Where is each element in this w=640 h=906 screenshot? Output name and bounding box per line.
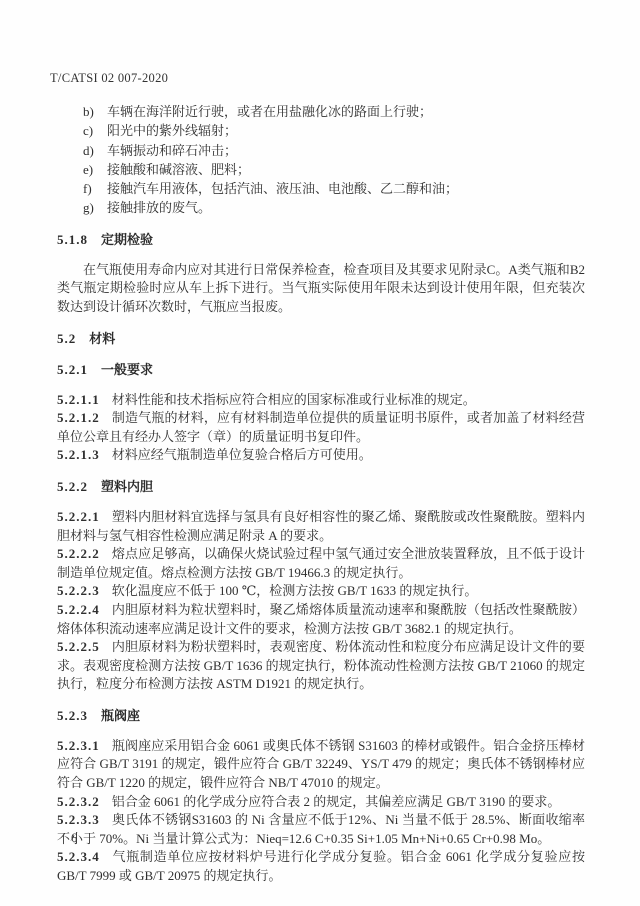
list-item-text: 车辆在海洋附近行驶，或者在用盐融化冰的路面上行驶； [107, 102, 585, 121]
heading-title: 材料 [89, 331, 115, 346]
heading-number: 5.2.3 [57, 708, 88, 723]
list-item-text: 接触酸和碱溶液、肥料； [107, 160, 585, 179]
list-item: d) 车辆振动和碎石冲击； [83, 141, 585, 160]
clause-text: 制造气瓶的材料，应有材料制造单位提供的质量证明书原件，或者加盖了材料经营单位公章… [57, 410, 585, 444]
clause-number: 5.2.2.1 [57, 509, 100, 524]
list-item-text: 接触汽车用液体，包括汽油、液压油、电池酸、乙二醇和油； [107, 179, 585, 198]
clause-text: 瓶阀座应采用铝合金 6061 或奥氏体不锈钢 S31603 的棒材或锻件。铝合金… [57, 738, 585, 790]
list-item: e) 接触酸和碱溶液、肥料； [83, 160, 585, 179]
list-item-marker: g) [83, 198, 107, 217]
page-number: 6 [71, 831, 77, 846]
clause-5-2-2-2: 5.2.2.2熔点应足够高，以确保火烧试验过程中氢气通过安全泄放装置释放，且不低… [57, 545, 585, 582]
document-page: T/CATSI 02 007-2020 b) 车辆在海洋附近行驶，或者在用盐融化… [0, 0, 640, 906]
clause-5-2-2-3: 5.2.2.3软化温度应不低于 100 ℃，检测方法按 GB/T 1633 的规… [57, 582, 585, 601]
clause-number: 5.2.2.3 [57, 583, 100, 598]
list-item-marker: d) [83, 141, 107, 160]
clause-text: 材料应经气瓶制造单位复验合格后方可使用。 [112, 447, 372, 462]
clause-5-2-1-1: 5.2.1.1材料性能和技术指标应符合相应的国家标准或行业标准的规定。 [57, 391, 585, 410]
list-item-marker: c) [83, 121, 107, 140]
heading-5-2-2: 5.2.2塑料内胆 [57, 478, 585, 496]
list-item-text: 阳光中的紫外线辐射； [107, 121, 585, 140]
list-item: f) 接触汽车用液体，包括汽油、液压油、电池酸、乙二醇和油； [83, 179, 585, 198]
clause-number: 5.2.2.2 [57, 546, 100, 561]
list-item-marker: e) [83, 160, 107, 179]
clause-number: 5.2.2.4 [57, 602, 100, 617]
heading-number: 5.2.1 [57, 362, 88, 377]
heading-title: 一般要求 [101, 362, 153, 377]
heading-title: 塑料内胆 [101, 479, 153, 494]
clause-number: 5.2.3.1 [57, 738, 100, 753]
clause-5-2-2-1: 5.2.2.1塑料内胆材料宜选择与氢具有良好相容性的聚乙烯、聚酰胺或改性聚酰胺。… [57, 508, 585, 545]
clause-text: 奥氏体不锈钢S31603 的 Ni 含量应不低于12%、Ni 当量不低于 28.… [57, 812, 585, 846]
heading-title: 瓶阀座 [101, 708, 140, 723]
clause-number: 5.2.3.2 [57, 794, 100, 809]
clause-text: 软化温度应不低于 100 ℃，检测方法按 GB/T 1633 的规定执行。 [112, 583, 478, 598]
clause-5-2-2-5: 5.2.2.5内胆原材料为粉状塑料时，表观密度、粉体流动性和粒度分布应满足设计文… [57, 638, 585, 694]
doc-code: T/CATSI 02 007-2020 [50, 71, 168, 86]
heading-number: 5.2 [57, 331, 76, 346]
list-item-marker: f) [83, 179, 107, 198]
page-content: b) 车辆在海洋附近行驶，或者在用盐融化冰的路面上行驶； c) 阳光中的紫外线辐… [57, 100, 585, 886]
heading-5-1-8: 5.1.8定期检验 [57, 231, 585, 249]
clause-number: 5.2.2.5 [57, 639, 100, 654]
clause-5-2-1-2: 5.2.1.2制造气瓶的材料，应有材料制造单位提供的质量证明书原件，或者加盖了材… [57, 409, 585, 446]
clause-text: 内胆原材料为粒状塑料时，聚乙烯熔体质量流动速率和聚酰胺（包括改性聚酰胺）熔体体积… [57, 602, 585, 636]
heading-5-2-3: 5.2.3瓶阀座 [57, 707, 585, 725]
list-item: b) 车辆在海洋附近行驶，或者在用盐融化冰的路面上行驶； [83, 102, 585, 121]
clause-number: 5.2.3.3 [57, 812, 100, 827]
clause-text: 气瓶制造单位应按材料炉号进行化学成分复验。铝合金 6061 化学成分复验应按 G… [57, 849, 585, 883]
clause-5-2-3-2: 5.2.3.2铝合金 6061 的化学成分应符合表 2 的规定，其偏差应满足 G… [57, 793, 585, 812]
clause-number: 5.2.1.1 [57, 392, 100, 407]
list-item-text: 接触排放的废气。 [107, 198, 585, 217]
list-item-marker: b) [83, 102, 107, 121]
clause-5-2-3-4: 5.2.3.4气瓶制造单位应按材料炉号进行化学成分复验。铝合金 6061 化学成… [57, 848, 585, 885]
list-item: g) 接触排放的废气。 [83, 198, 585, 217]
clause-number: 5.2.1.3 [57, 447, 100, 462]
environment-conditions-list: b) 车辆在海洋附近行驶，或者在用盐融化冰的路面上行驶； c) 阳光中的紫外线辐… [57, 102, 585, 218]
clause-number: 5.2.1.2 [57, 410, 100, 425]
clause-5-2-1-3: 5.2.1.3材料应经气瓶制造单位复验合格后方可使用。 [57, 446, 585, 465]
clause-text: 熔点应足够高，以确保火烧试验过程中氢气通过安全泄放装置释放，且不低于设计制造单位… [57, 546, 585, 580]
clause-number: 5.2.3.4 [57, 849, 100, 864]
heading-number: 5.1.8 [57, 232, 88, 247]
clause-text: 材料性能和技术指标应符合相应的国家标准或行业标准的规定。 [112, 392, 476, 407]
clause-text: 内胆原材料为粉状塑料时，表观密度、粉体流动性和粒度分布应满足设计文件的要求。表观… [57, 639, 585, 691]
paragraph-5-1-8: 在气瓶使用寿命内应对其进行日常保养检查，检查项目及其要求见附录C。A类气瓶和B2… [57, 261, 585, 317]
clause-text: 塑料内胆材料宜选择与氢具有良好相容性的聚乙烯、聚酰胺或改性聚酰胺。塑料内胆材料与… [57, 509, 585, 543]
heading-5-2: 5.2材料 [57, 330, 585, 348]
clause-5-2-3-1: 5.2.3.1瓶阀座应采用铝合金 6061 或奥氏体不锈钢 S31603 的棒材… [57, 737, 585, 793]
clause-text: 铝合金 6061 的化学成分应符合表 2 的规定，其偏差应满足 GB/T 319… [112, 794, 561, 809]
heading-5-2-1: 5.2.1一般要求 [57, 361, 585, 379]
heading-title: 定期检验 [101, 232, 153, 247]
list-item-text: 车辆振动和碎石冲击； [107, 141, 585, 160]
list-item: c) 阳光中的紫外线辐射； [83, 121, 585, 140]
clause-5-2-3-3: 5.2.3.3奥氏体不锈钢S31603 的 Ni 含量应不低于12%、Ni 当量… [57, 811, 585, 848]
clause-5-2-2-4: 5.2.2.4内胆原材料为粒状塑料时，聚乙烯熔体质量流动速率和聚酰胺（包括改性聚… [57, 601, 585, 638]
heading-number: 5.2.2 [57, 479, 88, 494]
